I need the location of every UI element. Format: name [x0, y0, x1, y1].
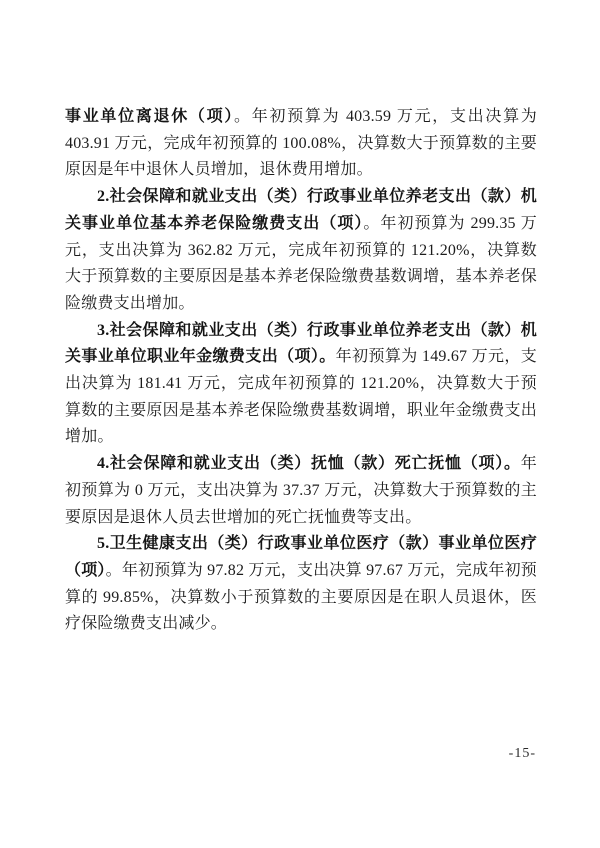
paragraph-pension-retirees: 事业单位离退休（项）。年初预算为 403.59 万元，支出决算为 403.91 … — [65, 104, 537, 184]
document-page: 事业单位离退休（项）。年初预算为 403.59 万元，支出决算为 403.91 … — [0, 0, 600, 848]
paragraph-basic-pension-contribution: 2.社会保障和就业支出（类）行政事业单位养老支出（款）机关事业单位基本养老保险缴… — [65, 184, 537, 318]
paragraph-heading: 事业单位离退休（项） — [65, 108, 234, 125]
page-number: -15- — [509, 746, 536, 762]
paragraph-heading: 4.社会保障和就业支出（类）抚恤（款）死亡抚恤（项）。 — [97, 455, 521, 472]
page-content: 事业单位离退休（项）。年初预算为 403.59 万元，支出决算为 403.91 … — [65, 104, 537, 638]
paragraph-medical-expenditure: 5.卫生健康支出（类）行政事业单位医疗（款）事业单位医疗（项）。年初预算为 97… — [65, 531, 537, 638]
paragraph-occupational-annuity: 3.社会保障和就业支出（类）行政事业单位养老支出（款）机关事业单位职业年金缴费支… — [65, 318, 537, 452]
paragraph-death-benefit: 4.社会保障和就业支出（类）抚恤（款）死亡抚恤（项）。年初预算为 0 万元，支出… — [65, 451, 537, 531]
paragraph-body: 。年初预算为 97.82 万元，支出决算 97.67 万元，完成年初预算的 99… — [65, 562, 537, 632]
